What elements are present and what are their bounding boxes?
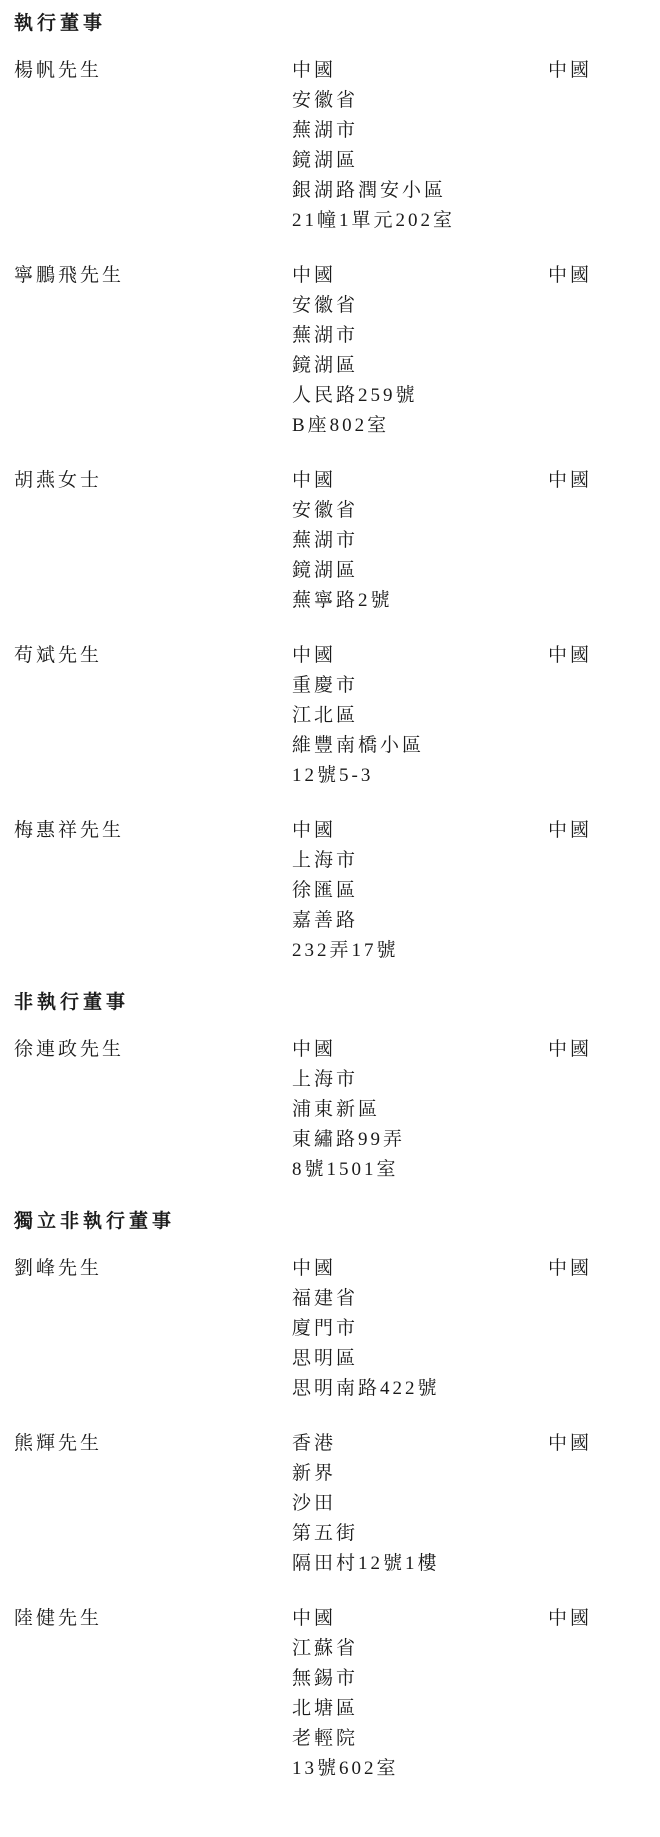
director-entry: 陸健先生 中國江蘇省無錫市北塘區老輕院13號602室 中國 bbox=[14, 1604, 646, 1784]
address-line: 東繡路99弄 bbox=[292, 1125, 548, 1155]
address-line: 中國 bbox=[292, 641, 548, 671]
address-line: 思明區 bbox=[292, 1344, 548, 1374]
address-line: 鏡湖區 bbox=[292, 351, 548, 381]
address-line: 中國 bbox=[292, 816, 548, 846]
address-line: 中國 bbox=[292, 466, 548, 496]
address-line: 中國 bbox=[292, 1035, 548, 1065]
director-section: 執行董事 楊帆先生 中國安徽省蕪湖市鏡湖區銀湖路潤安小區21幢1單元202室 中… bbox=[14, 12, 646, 966]
address-line: 12號5-3 bbox=[292, 761, 548, 791]
address-line: 鏡湖區 bbox=[292, 146, 548, 176]
address-line: 蕪湖市 bbox=[292, 321, 548, 351]
address-line: 香港 bbox=[292, 1429, 548, 1459]
address-line: 新界 bbox=[292, 1459, 548, 1489]
address-line: 廈門市 bbox=[292, 1314, 548, 1344]
address-line: 13號602室 bbox=[292, 1754, 548, 1784]
address-line: 上海市 bbox=[292, 846, 548, 876]
address-line: 中國 bbox=[292, 1254, 548, 1284]
address-line: 中國 bbox=[292, 261, 548, 291]
director-nationality: 中國 bbox=[548, 466, 646, 496]
director-address: 中國安徽省蕪湖市鏡湖區蕪寧路2號 bbox=[292, 466, 548, 616]
director-section: 獨立非執行董事 劉峰先生 中國福建省廈門市思明區思明南路422號 中國 熊輝先生… bbox=[14, 1210, 646, 1784]
address-line: 北塘區 bbox=[292, 1694, 548, 1724]
director-name: 陸健先生 bbox=[14, 1604, 292, 1634]
address-line: 蕪湖市 bbox=[292, 116, 548, 146]
address-line: 鏡湖區 bbox=[292, 556, 548, 586]
director-nationality: 中國 bbox=[548, 56, 646, 86]
director-entry: 劉峰先生 中國福建省廈門市思明區思明南路422號 中國 bbox=[14, 1254, 646, 1404]
director-name: 梅惠祥先生 bbox=[14, 816, 292, 846]
section-entries: 楊帆先生 中國安徽省蕪湖市鏡湖區銀湖路潤安小區21幢1單元202室 中國 寧鵬飛… bbox=[14, 56, 646, 966]
director-entry: 胡燕女士 中國安徽省蕪湖市鏡湖區蕪寧路2號 中國 bbox=[14, 466, 646, 616]
director-name: 楊帆先生 bbox=[14, 56, 292, 86]
address-line: 江蘇省 bbox=[292, 1634, 548, 1664]
director-entry: 寧鵬飛先生 中國安徽省蕪湖市鏡湖區人民路259號B座802室 中國 bbox=[14, 261, 646, 441]
address-line: 沙田 bbox=[292, 1489, 548, 1519]
director-entry: 徐連政先生 中國上海市浦東新區東繡路99弄8號1501室 中國 bbox=[14, 1035, 646, 1185]
director-address: 中國上海市浦東新區東繡路99弄8號1501室 bbox=[292, 1035, 548, 1185]
section-entries: 徐連政先生 中國上海市浦東新區東繡路99弄8號1501室 中國 bbox=[14, 1035, 646, 1185]
director-nationality: 中國 bbox=[548, 1254, 646, 1284]
director-name: 胡燕女士 bbox=[14, 466, 292, 496]
address-line: 21幢1單元202室 bbox=[292, 206, 548, 236]
director-name: 苟斌先生 bbox=[14, 641, 292, 671]
director-name: 熊輝先生 bbox=[14, 1429, 292, 1459]
director-entry: 梅惠祥先生 中國上海市徐匯區嘉善路232弄17號 中國 bbox=[14, 816, 646, 966]
director-nationality: 中國 bbox=[548, 1604, 646, 1634]
director-address: 中國江蘇省無錫市北塘區老輕院13號602室 bbox=[292, 1604, 548, 1784]
address-line: 8號1501室 bbox=[292, 1155, 548, 1185]
address-line: 安徽省 bbox=[292, 86, 548, 116]
director-name: 徐連政先生 bbox=[14, 1035, 292, 1065]
director-address: 中國重慶市江北區維豐南橋小區12號5-3 bbox=[292, 641, 548, 791]
director-nationality: 中國 bbox=[548, 1035, 646, 1065]
address-line: 中國 bbox=[292, 56, 548, 86]
address-line: 重慶市 bbox=[292, 671, 548, 701]
address-line: 中國 bbox=[292, 1604, 548, 1634]
address-line: 無錫市 bbox=[292, 1664, 548, 1694]
director-section: 非執行董事 徐連政先生 中國上海市浦東新區東繡路99弄8號1501室 中國 bbox=[14, 991, 646, 1185]
address-line: 蕪湖市 bbox=[292, 526, 548, 556]
director-name: 劉峰先生 bbox=[14, 1254, 292, 1284]
address-line: 銀湖路潤安小區 bbox=[292, 176, 548, 206]
director-address: 香港新界沙田第五街隔田村12號1樓 bbox=[292, 1429, 548, 1579]
director-entry: 熊輝先生 香港新界沙田第五街隔田村12號1樓 中國 bbox=[14, 1429, 646, 1579]
director-nationality: 中國 bbox=[548, 1429, 646, 1459]
address-line: 安徽省 bbox=[292, 496, 548, 526]
address-line: 人民路259號 bbox=[292, 381, 548, 411]
address-line: 安徽省 bbox=[292, 291, 548, 321]
director-name: 寧鵬飛先生 bbox=[14, 261, 292, 291]
director-address: 中國安徽省蕪湖市鏡湖區銀湖路潤安小區21幢1單元202室 bbox=[292, 56, 548, 236]
address-line: 上海市 bbox=[292, 1065, 548, 1095]
director-nationality: 中國 bbox=[548, 261, 646, 291]
address-line: B座802室 bbox=[292, 411, 548, 441]
address-line: 江北區 bbox=[292, 701, 548, 731]
director-entry: 楊帆先生 中國安徽省蕪湖市鏡湖區銀湖路潤安小區21幢1單元202室 中國 bbox=[14, 56, 646, 236]
section-heading: 非執行董事 bbox=[14, 991, 646, 1015]
address-line: 老輕院 bbox=[292, 1724, 548, 1754]
address-line: 福建省 bbox=[292, 1284, 548, 1314]
address-line: 第五街 bbox=[292, 1519, 548, 1549]
section-entries: 劉峰先生 中國福建省廈門市思明區思明南路422號 中國 熊輝先生 香港新界沙田第… bbox=[14, 1254, 646, 1784]
director-nationality: 中國 bbox=[548, 816, 646, 846]
director-entry: 苟斌先生 中國重慶市江北區維豐南橋小區12號5-3 中國 bbox=[14, 641, 646, 791]
address-line: 蕪寧路2號 bbox=[292, 586, 548, 616]
director-address: 中國上海市徐匯區嘉善路232弄17號 bbox=[292, 816, 548, 966]
address-line: 浦東新區 bbox=[292, 1095, 548, 1125]
address-line: 徐匯區 bbox=[292, 876, 548, 906]
address-line: 思明南路422號 bbox=[292, 1374, 548, 1404]
section-heading: 執行董事 bbox=[14, 12, 646, 36]
address-line: 維豐南橋小區 bbox=[292, 731, 548, 761]
address-line: 隔田村12號1樓 bbox=[292, 1549, 548, 1579]
director-address: 中國福建省廈門市思明區思明南路422號 bbox=[292, 1254, 548, 1404]
sections-root: 執行董事 楊帆先生 中國安徽省蕪湖市鏡湖區銀湖路潤安小區21幢1單元202室 中… bbox=[14, 12, 646, 1784]
section-heading: 獨立非執行董事 bbox=[14, 1210, 646, 1234]
director-nationality: 中國 bbox=[548, 641, 646, 671]
address-line: 嘉善路 bbox=[292, 906, 548, 936]
address-line: 232弄17號 bbox=[292, 936, 548, 966]
directors-address-page: 執行董事 楊帆先生 中國安徽省蕪湖市鏡湖區銀湖路潤安小區21幢1單元202室 中… bbox=[0, 0, 660, 1837]
director-address: 中國安徽省蕪湖市鏡湖區人民路259號B座802室 bbox=[292, 261, 548, 441]
